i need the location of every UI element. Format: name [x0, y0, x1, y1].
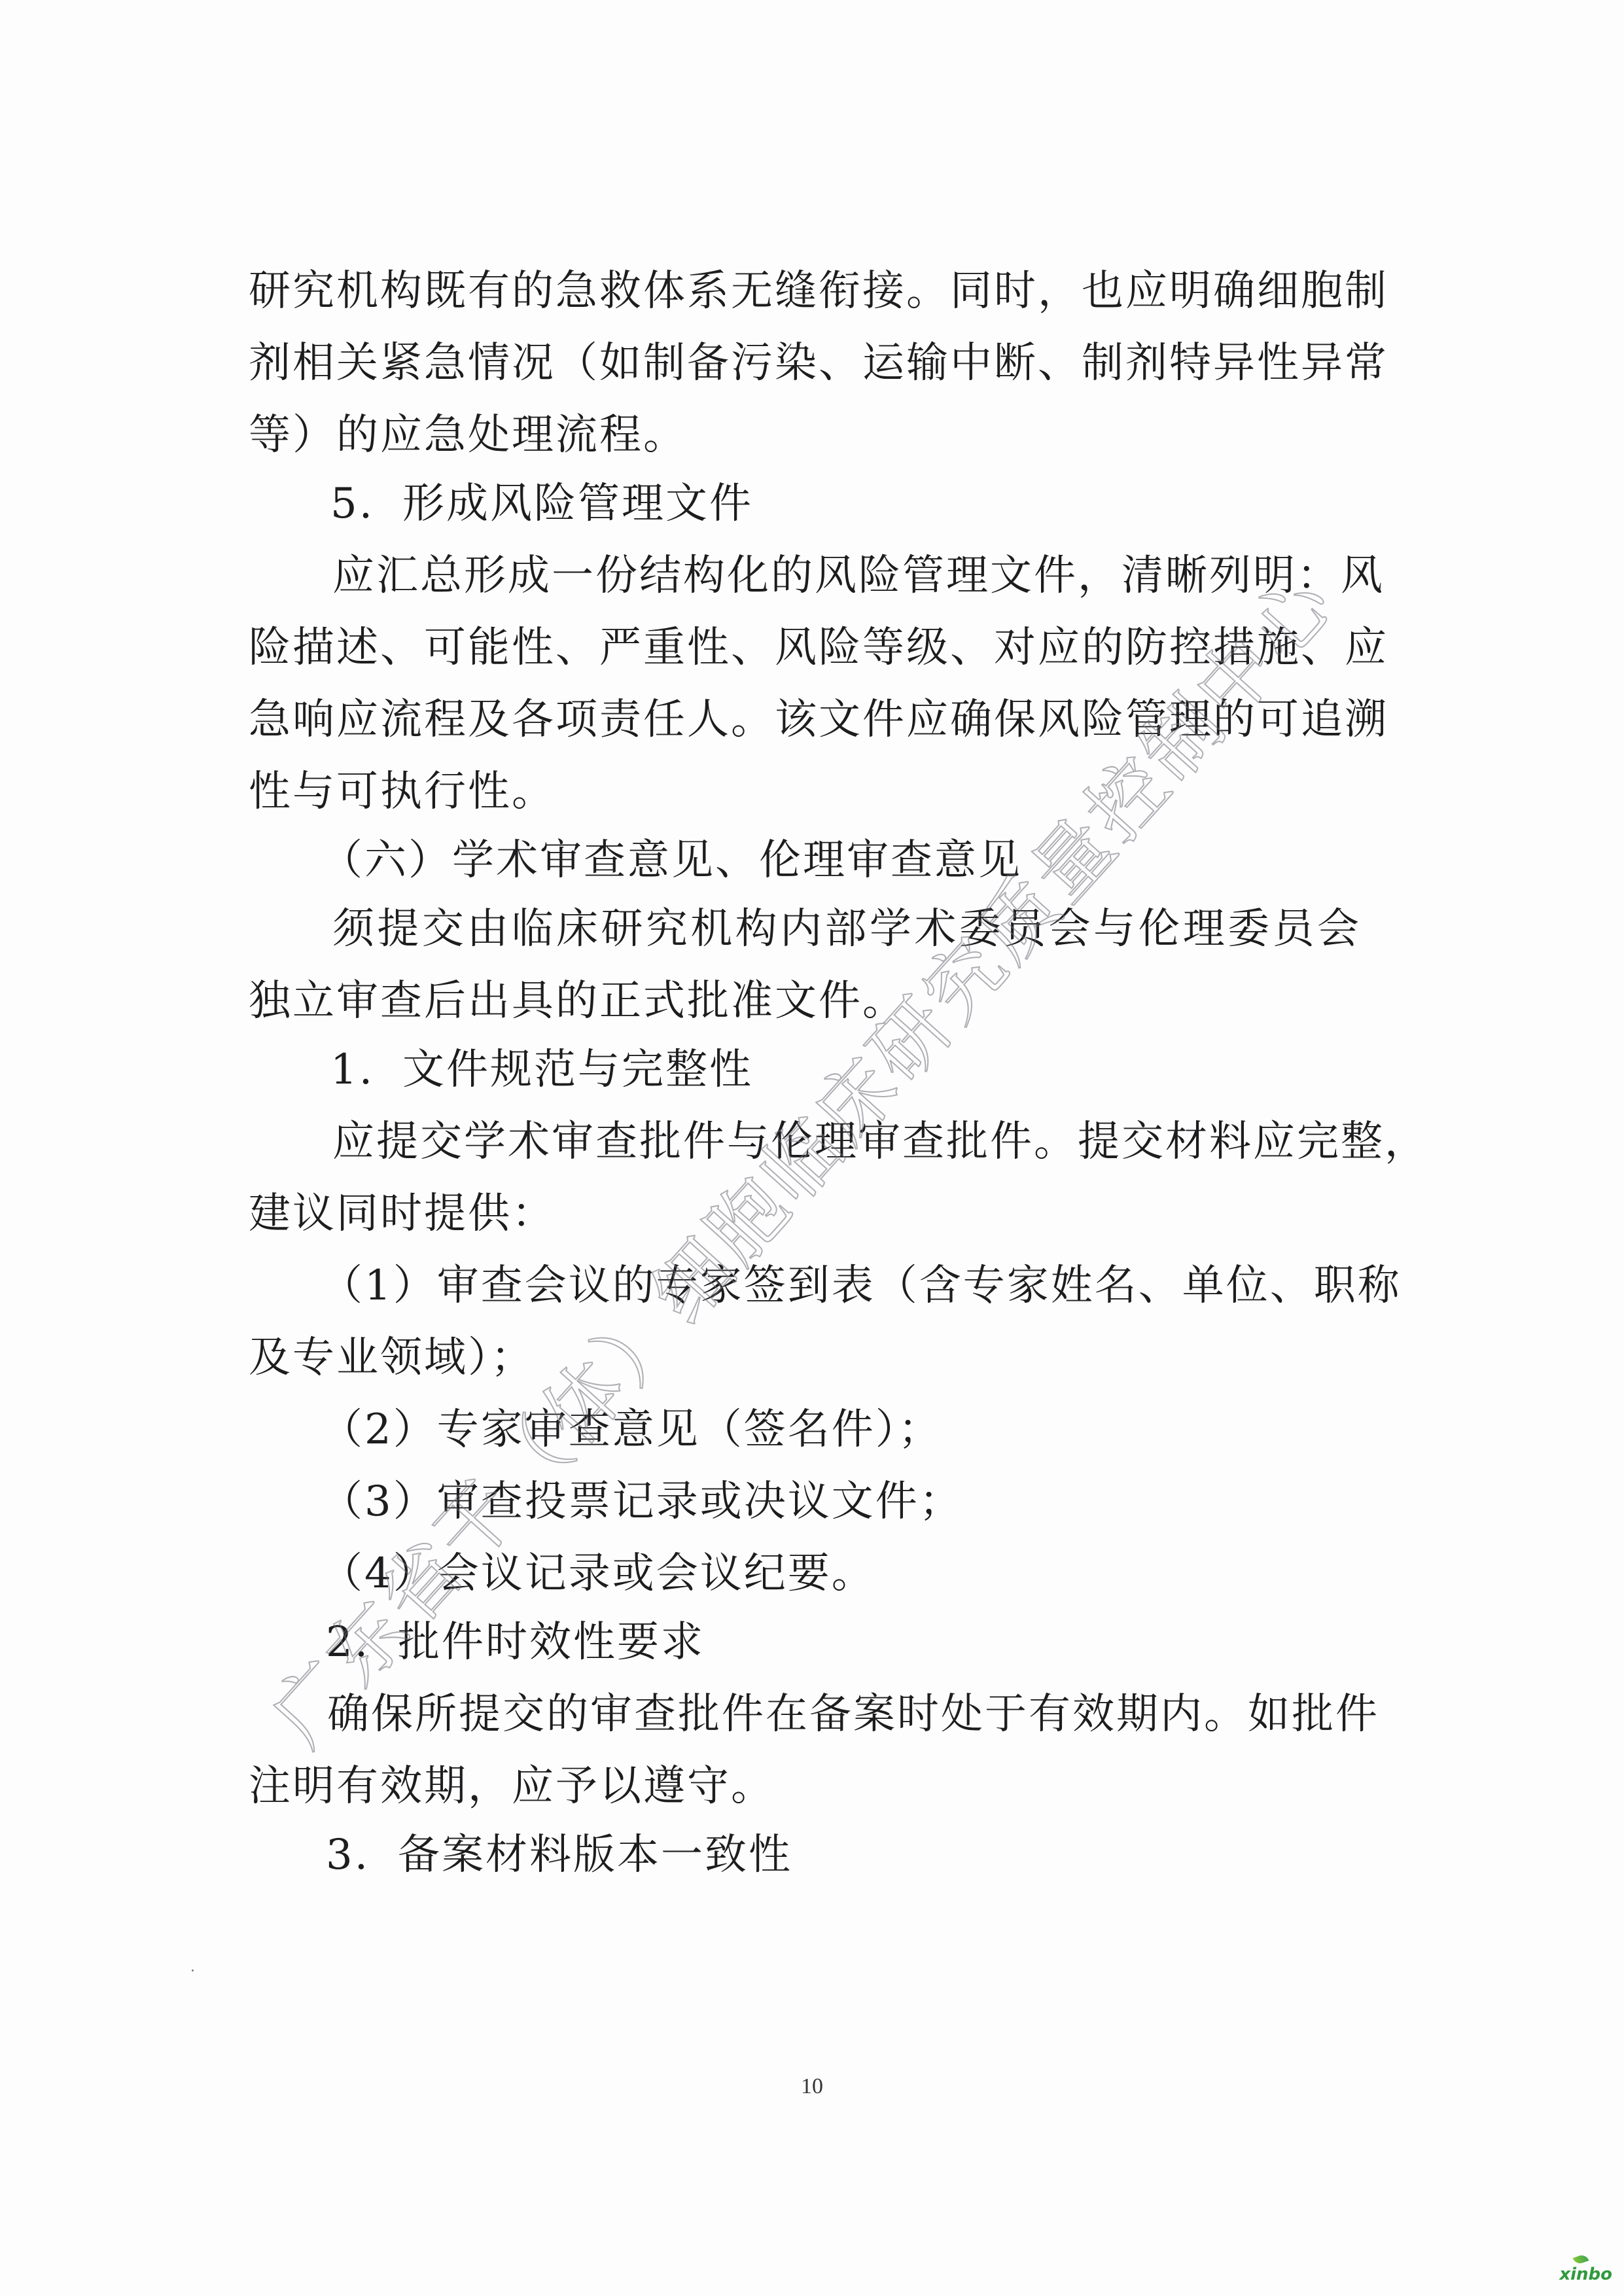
list-item-4: （4）会议记录或会议纪要。: [321, 1547, 1433, 1600]
scan-artifact: [192, 1969, 194, 1971]
paragraph-line: 性与可执行性。: [249, 766, 1361, 818]
paragraph-line: 等）的应急处理流程。: [249, 409, 1361, 461]
list-item-3: （3）审查投票记录或决议文件；: [321, 1475, 1433, 1528]
section-number: 5.: [330, 478, 402, 530]
list-item-2: （2）专家审查意见（签名件）；: [321, 1404, 1433, 1456]
section-title: 形成风险管理文件: [402, 480, 753, 528]
paragraph-line: 险描述、可能性、严重性、风险等级、对应的防控措施、应: [249, 622, 1361, 674]
item-2-heading: 2.批件时效性要求: [326, 1616, 1438, 1669]
paragraph-line: 确保所提交的审查批件在备案时处于有效期内。如批件: [327, 1688, 1335, 1740]
paragraph-line: 急响应流程及各项责任人。该文件应确保风险管理的可追溯: [249, 694, 1361, 746]
section-6-heading: （六）学术审查意见、伦理审查意见: [321, 834, 1433, 887]
leaf-icon: [1573, 2253, 1589, 2266]
item-number: 2.: [326, 1616, 398, 1669]
paragraph-line: 剂相关紧急情况（如制备污染、运输中断、制剂特异性异常: [249, 337, 1361, 389]
paragraph-line: 建议同时提供：: [249, 1188, 1361, 1240]
section-5-heading: 5.形成风险管理文件: [330, 478, 1443, 530]
item-number: 3.: [326, 1829, 398, 1881]
list-item-1: （1）审查会议的专家签到表（含专家姓名、单位、职称: [321, 1260, 1361, 1312]
logo-text: xinbo: [1559, 2265, 1612, 2284]
xinbo-logo: xinbo: [1559, 2265, 1612, 2284]
item-title: 文件规范与完整性: [402, 1046, 753, 1094]
paragraph-line: 研究机构既有的急救体系无缝衔接。同时，也应明确细胞制: [249, 265, 1361, 317]
item-title: 批件时效性要求: [398, 1618, 705, 1667]
item-3-heading: 3.备案材料版本一致性: [326, 1829, 1438, 1881]
list-item-1-continued: 及专业领域）；: [249, 1332, 1361, 1384]
item-title: 备案材料版本一致性: [398, 1831, 792, 1879]
item-number: 1.: [330, 1044, 402, 1096]
item-1-heading: 1.文件规范与完整性: [330, 1044, 1443, 1096]
paragraph-line: 独立审查后出具的正式批准文件。: [249, 975, 1361, 1027]
paragraph-line: 须提交由临床研究机构内部学术委员会与伦理委员会: [332, 903, 1361, 955]
paragraph-line: 注明有效期，应予以遵守。: [249, 1760, 1361, 1812]
document-page: 研究机构既有的急救体系无缝衔接。同时，也应明确细胞制 剂相关紧急情况（如制备污染…: [0, 0, 1624, 2296]
page-number: 10: [0, 2074, 1624, 2099]
paragraph-line: 应汇总形成一份结构化的风险管理文件，清晰列明：风: [332, 550, 1361, 602]
paragraph-line: 应提交学术审查批件与伦理审查批件。提交材料应完整，: [332, 1116, 1361, 1168]
